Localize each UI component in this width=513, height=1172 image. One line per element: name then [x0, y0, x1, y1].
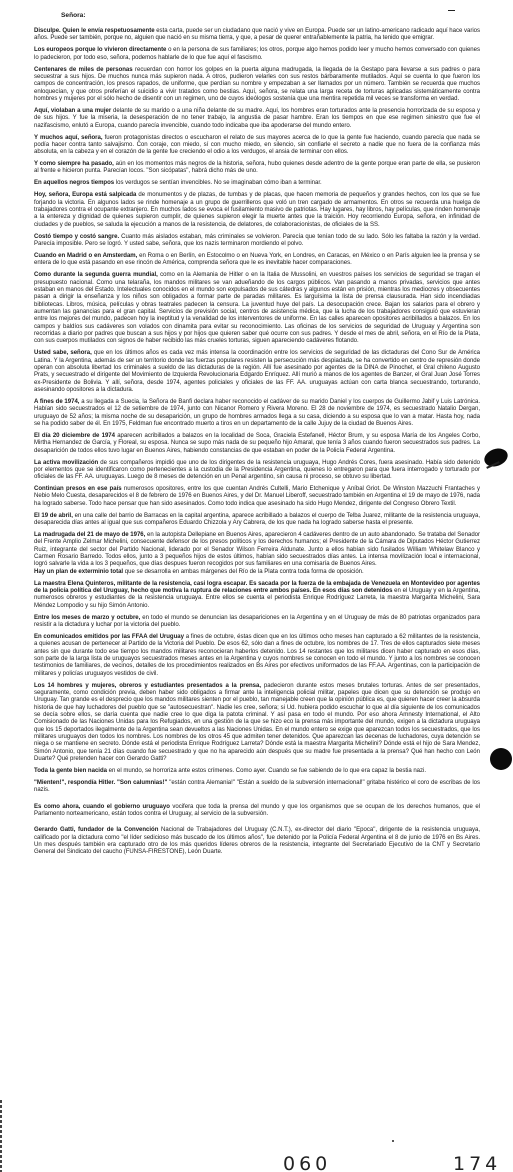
letter-paragraph: Es como ahora, cuando el gobierno urugua… — [34, 804, 480, 819]
letter-paragraph: "Mienten!", respondía Hitler. "Son calum… — [34, 780, 480, 795]
letter-paragraph: El día 20 diciembre de 1974 aparecen acr… — [34, 433, 480, 455]
paragraph-lead: Los europeos porque lo vivieron directam… — [34, 47, 166, 53]
letter-page: Señora: Disculpe. Quien le envía respetu… — [34, 12, 480, 861]
paragraph-lead: Hay un plan de exterminio total — [34, 569, 123, 575]
paragraph-lead: "Mienten!", respondía Hitler. "Son calum… — [34, 780, 167, 786]
paragraph-lead: Como durante la segunda guerra mundial, — [34, 272, 158, 278]
paragraph-text: a su llegada a Suecia, la Señora de Banf… — [34, 399, 480, 427]
scan-edge-mark — [0, 1100, 2, 1172]
paragraph-lead: Los 14 hombres y mujeres, obreros y estu… — [34, 683, 261, 689]
letter-paragraph: A fines de 1974, a su llegada a Suecia, … — [34, 399, 480, 428]
letter-paragraph: En comunicados emitidos por las FFAA del… — [34, 634, 480, 678]
paragraph-text: como en la Alemania de Hitler o en la It… — [34, 272, 480, 344]
letter-paragraph: Centenares de miles de personas recuerda… — [34, 67, 480, 104]
paragraph-lead: Disculpe. Quien le envía respetuosamente — [34, 28, 155, 34]
paragraph-lead: El día 20 diciembre de 1974 — [34, 433, 115, 439]
letter-salutation: Señora: — [61, 12, 480, 20]
paragraph-text: que se desarrolla en ambas márgenes del … — [123, 569, 364, 575]
letter-paragraph: La maestra Elena Quinteros, militante de… — [34, 581, 480, 610]
scan-dot-mark — [392, 1140, 394, 1142]
page-number-right: 174 — [453, 1155, 501, 1172]
letter-paragraph: Los 14 hombres y mujeres, obreros y estu… — [34, 683, 480, 764]
letter-paragraph: El 19 de abril, en una calle del barrio … — [34, 513, 480, 528]
letter-paragraph: Usted sabe, señora, que en los últimos a… — [34, 350, 480, 394]
letter-paragraph: Gerardo Gatti, fundador de la Convención… — [34, 827, 480, 856]
letter-paragraph: Y como siempre ha pasado, aún en los mom… — [34, 161, 480, 176]
ink-blot-icon — [490, 748, 512, 770]
letter-body: Disculpe. Quien le envía respetuosamente… — [34, 28, 480, 857]
paragraph-lead: Usted sabe, señora, — [34, 350, 92, 356]
paragraph-text: en una calle del barrio de Barracas en l… — [34, 513, 480, 526]
paragraph-lead: Costó tiempo y costó sangre. — [34, 234, 119, 240]
paragraph-lead: Gerardo Gatti, fundador de la Convención — [34, 827, 158, 833]
paragraph-lead: Hoy, señora, Europa está salpicada — [34, 192, 136, 198]
paragraph-lead: Toda la gente bien nacida — [34, 768, 107, 774]
letter-paragraph: Entre los meses de marzo y octubre, en t… — [34, 615, 480, 630]
page-number-left: 060 — [283, 1155, 331, 1172]
paragraph-lead: A fines de 1974, — [34, 399, 79, 405]
paragraph-lead: En comunicados emitidos por las FFAA del… — [34, 634, 184, 640]
paragraph-text: los verdugos se sentían invencibles. No … — [114, 180, 322, 186]
paragraph-lead: La madrugada del 21 de mayo de 1976, — [34, 532, 145, 538]
letter-paragraph: Los europeos porque lo vivieron directam… — [34, 47, 480, 62]
paragraph-lead: Continúan presos en ese país — [34, 486, 122, 492]
letter-paragraph: La madrugada del 21 de mayo de 1976, en … — [34, 532, 480, 569]
paragraph-text: de sus compañeros impidió que uno de los… — [34, 460, 480, 481]
paragraph-text: en el mundo, se horroriza ante estos crí… — [107, 768, 426, 774]
paragraph-text: padecieron durante estos meses brutales … — [34, 683, 480, 762]
letter-paragraph: Costó tiempo y costó sangre. Cuanto más … — [34, 234, 480, 249]
letter-paragraph: Continúan presos en ese país numerosos o… — [34, 486, 480, 508]
paragraph-lead: Y muchos aquí, señora, — [34, 135, 103, 141]
letter-paragraph: Hoy, señora, Europa está salpicada de mo… — [34, 192, 480, 229]
paragraph-lead: El 19 de abril, — [34, 513, 73, 519]
letter-paragraph: Aquí, violaban a una mujer delante de su… — [34, 108, 480, 130]
letter-paragraph: En aquellos negros tiempos los verdugos … — [34, 180, 480, 187]
paragraph-lead: Entre los meses de marzo y octubre, — [34, 615, 140, 621]
letter-paragraph: La activa movilización de sus compañeros… — [34, 460, 480, 482]
paragraph-lead: Es como ahora, cuando el gobierno urugua… — [34, 804, 170, 810]
paragraph-lead: En aquellos negros tiempos — [34, 180, 114, 186]
paragraph-lead: La activa movilización — [34, 460, 98, 466]
paragraph-text: que en los últimos años es cada vez más … — [34, 350, 480, 393]
paragraph-text: a fines de octubre, éstas dicen que en l… — [34, 634, 480, 677]
letter-paragraph: Disculpe. Quien le envía respetuosamente… — [34, 28, 480, 43]
paragraph-lead: Aquí, violaban a una mujer — [34, 108, 111, 114]
paragraph-lead: Centenares de miles de personas — [34, 67, 133, 73]
paragraph-lead: Y como siempre ha pasado, — [34, 161, 114, 167]
letter-paragraph: Como durante la segunda guerra mundial, … — [34, 272, 480, 345]
scan-dash-mark — [448, 10, 455, 11]
letter-paragraph: Toda la gente bien nacida en el mundo, s… — [34, 768, 480, 775]
letter-paragraph: Y muchos aquí, señora, fueron protagonis… — [34, 135, 480, 157]
letter-paragraph: Cuando en Madrid o en Amsterdam, en Roma… — [34, 253, 480, 268]
letter-paragraph: Hay un plan de exterminio total que se d… — [34, 569, 480, 576]
paragraph-lead: Cuando en Madrid o en Amsterdam, — [34, 253, 137, 259]
